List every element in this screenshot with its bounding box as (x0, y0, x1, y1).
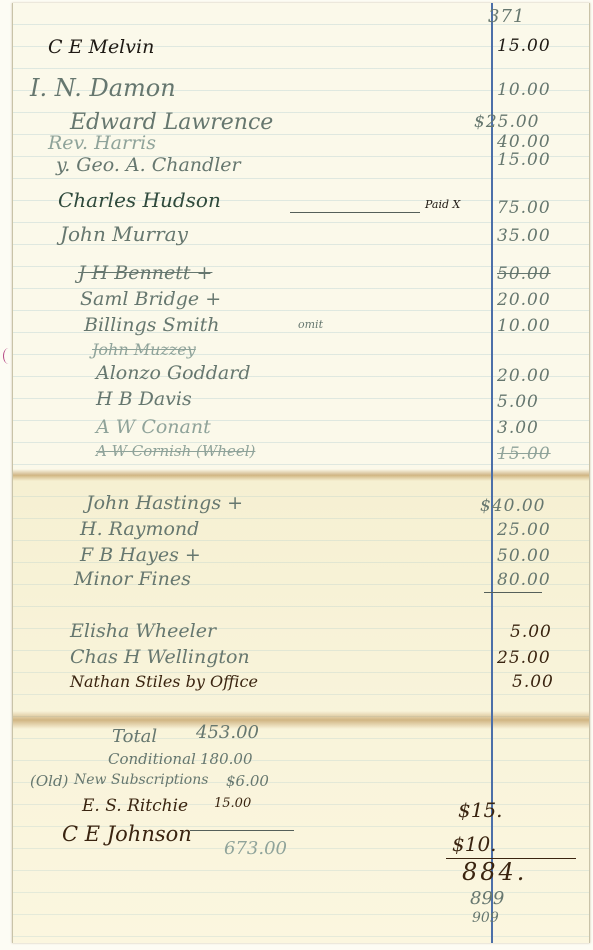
entry-name: A W Conant (96, 416, 211, 438)
entry-amount: 35.00 (497, 226, 551, 246)
entry-name: John Murray (60, 222, 188, 246)
right-total-a: $15. (458, 798, 503, 822)
new-subscriptions-value: $6.00 (226, 772, 269, 790)
entry-name-struck: J H Bennett + (78, 262, 212, 284)
entry-name: Charles Hudson (58, 188, 221, 212)
entry-amount: 20.00 (497, 290, 551, 310)
right-total-c: 884. (462, 858, 527, 886)
entry-name: C E Melvin (48, 36, 154, 58)
new-subscriptions-label: New Subscriptions (74, 772, 208, 788)
entry-name: Minor Fines (74, 568, 191, 590)
right-total-b: $10. (452, 832, 497, 856)
sum-line (484, 592, 542, 593)
old-label: (Old) (30, 772, 68, 790)
entry-amount: $40.00 (480, 496, 545, 516)
entry-name-struck: A W Cornish (Wheel) (96, 442, 255, 460)
entry-amount: 25.00 (497, 520, 551, 540)
entry-amount: 10.00 (497, 316, 551, 336)
entry-amount: 15.00 (497, 150, 551, 170)
entry-name: Saml Bridge + (80, 288, 221, 310)
total-label: Total (112, 726, 157, 747)
fold-crease (13, 469, 589, 481)
e-s-entry-name: E. S. Ritchie (82, 796, 188, 816)
entry-amount: 15.00 (497, 36, 551, 56)
entry-name: Nathan Stiles by Office (70, 672, 258, 691)
fold-crease (13, 711, 589, 729)
entry-name: Elisha Wheeler (70, 620, 216, 642)
right-total-d: 899 (470, 888, 504, 909)
margin-mark (3, 348, 14, 364)
total-value: 453.00 (196, 722, 259, 743)
entry-name: F B Hayes + (80, 544, 201, 566)
page-number: 371 (488, 6, 525, 27)
entry-amount: 80.00 (497, 570, 551, 590)
johnson-entry-name: C E Johnson (62, 822, 192, 846)
conditional-value: 180.00 (200, 750, 253, 768)
entry-amount: 3.00 (497, 418, 539, 438)
entry-amount: 20.00 (497, 366, 551, 386)
e-s-entry-value: 15.00 (214, 796, 251, 811)
entry-name: H B Davis (96, 388, 192, 410)
grand-sum-value: 673.00 (224, 838, 287, 859)
entry-amount: 40.00 (497, 132, 551, 152)
entry-amount-struck: 50.00 (497, 264, 551, 284)
entry-amount: 5.00 (512, 672, 554, 692)
entry-name: John Hastings + (86, 492, 243, 514)
entry-amount: 5.00 (510, 622, 552, 642)
entry-name: Billings Smith (84, 314, 219, 336)
entry-name: y. Geo. A. Chandler (56, 154, 241, 176)
entry-name-struck: John Muzzey (92, 340, 196, 359)
sum-line (190, 830, 294, 831)
entry-amount: 25.00 (497, 648, 551, 668)
entry-name: H. Raymond (80, 518, 199, 540)
entry-amount-struck: 15.00 (497, 444, 551, 464)
entry-amount: $25.00 (474, 112, 539, 132)
conditional-label: Conditional (108, 750, 196, 768)
entry-amount: 5.00 (497, 392, 539, 412)
entry-amount: 75.00 (497, 198, 551, 218)
entry-amount: 50.00 (497, 546, 551, 566)
entry-name: Alonzo Goddard (96, 362, 250, 384)
entry-name: I. N. Damon (30, 74, 176, 102)
entry-name: Rev. Harris (48, 132, 156, 154)
entry-note: omit (298, 318, 323, 331)
entry-name: Chas H Wellington (70, 646, 250, 668)
right-total-e: 909 (472, 910, 499, 926)
entry-amount: 10.00 (497, 80, 551, 100)
entry-note: Paid X (425, 198, 460, 211)
leader-line (290, 212, 420, 213)
